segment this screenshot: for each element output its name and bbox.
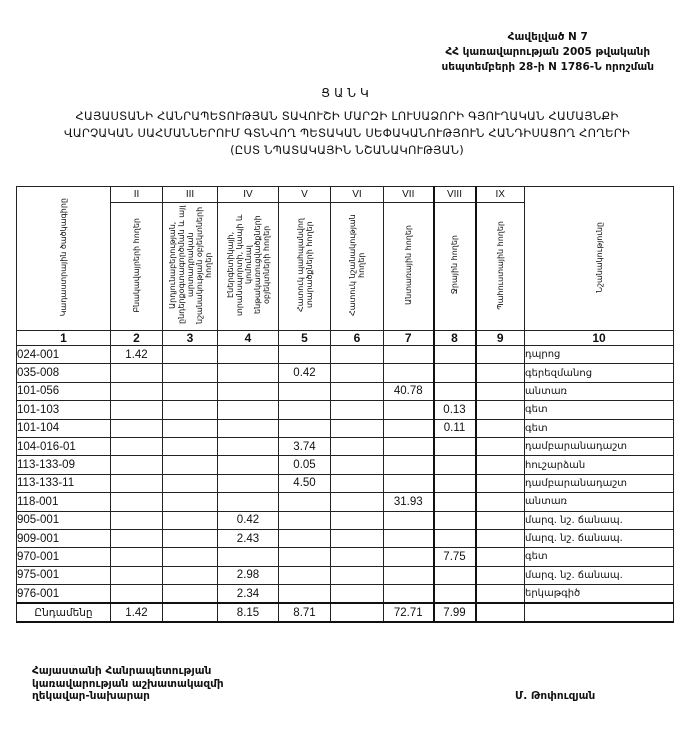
area-cell bbox=[163, 511, 218, 529]
total-row: Ընդամենը1.428.158.7172.717.99 bbox=[17, 603, 674, 622]
area-cell bbox=[384, 511, 434, 529]
area-cell bbox=[476, 548, 525, 566]
purpose-cell: անտառ bbox=[525, 382, 674, 400]
area-cell bbox=[111, 382, 163, 400]
area-cell bbox=[218, 419, 279, 437]
table-row: 905-0010.42մարզ. նշ. ճանապ. bbox=[17, 511, 674, 529]
area-cell bbox=[279, 548, 331, 566]
title-line-2: ՎԱՐՉԱԿԱՆ ՍԱՀՄԱՆՆԵՐՈՒՄ ԳՏՆՎՈՂ ՊԵՏԱԿԱՆ ՍԵՓ… bbox=[0, 125, 694, 142]
table-row: 101-05640.78անտառ bbox=[17, 382, 674, 400]
area-cell bbox=[111, 419, 163, 437]
table-row: 035-0080.42գերեզմանոց bbox=[17, 364, 674, 382]
land-table: Կադաստրային ծածկագիրը II III IV V VI VII… bbox=[16, 186, 674, 623]
total-cell: 72.71 bbox=[384, 603, 434, 622]
header-forest-lands: Անտառային հողեր bbox=[384, 203, 434, 331]
table-row: 975-0012.98մարզ. նշ. ճանապ. bbox=[17, 566, 674, 584]
area-cell bbox=[476, 529, 525, 547]
column-number: 4 bbox=[218, 331, 279, 346]
area-cell bbox=[434, 456, 476, 474]
area-cell bbox=[163, 566, 218, 584]
area-cell bbox=[331, 529, 384, 547]
area-cell bbox=[331, 346, 384, 364]
area-cell bbox=[111, 548, 163, 566]
area-cell bbox=[331, 401, 384, 419]
cadastral-code: 975-001 bbox=[17, 566, 111, 584]
area-cell bbox=[331, 456, 384, 474]
area-cell: 0.05 bbox=[279, 456, 331, 474]
area-cell bbox=[163, 548, 218, 566]
area-cell: 3.74 bbox=[279, 437, 331, 455]
cadastral-code: 970-001 bbox=[17, 548, 111, 566]
area-cell bbox=[476, 566, 525, 584]
area-cell: 40.78 bbox=[384, 382, 434, 400]
area-cell bbox=[434, 585, 476, 604]
header-infrastructure-lands: Էներգետիկայի, տրանսպորտի, կապի և կոմունա… bbox=[218, 203, 279, 331]
area-cell bbox=[331, 566, 384, 584]
title-line-3: (ԸՍՏ ՆՊԱՏԱԿԱՅԻՆ ՆՇԱՆԱԿՈՒԹՅԱՆ) bbox=[0, 142, 694, 159]
table-row: 101-1030.13գետ bbox=[17, 401, 674, 419]
total-cell bbox=[163, 603, 218, 622]
annex-reference: Հավելված N 7 ՀՀ կառավարության 2005 թվակա… bbox=[441, 30, 654, 75]
total-cell: 8.71 bbox=[279, 603, 331, 622]
area-cell bbox=[111, 401, 163, 419]
table-row: 970-0017.75գետ bbox=[17, 548, 674, 566]
area-cell bbox=[111, 474, 163, 492]
area-cell bbox=[434, 346, 476, 364]
purpose-cell: դամբարանադաշտ bbox=[525, 474, 674, 492]
column-number: 5 bbox=[279, 331, 331, 346]
purpose-cell: գետ bbox=[525, 548, 674, 566]
header-water-lands: Ջրային հողեր bbox=[434, 203, 476, 331]
area-cell bbox=[279, 585, 331, 604]
area-cell bbox=[279, 382, 331, 400]
area-cell bbox=[331, 493, 384, 511]
area-cell bbox=[476, 474, 525, 492]
signatory-title-line-1: Հայաստանի Հանրապետության bbox=[32, 665, 224, 678]
column-number: 1 bbox=[17, 331, 111, 346]
area-cell bbox=[384, 364, 434, 382]
total-purpose-cell bbox=[525, 603, 674, 622]
area-cell bbox=[218, 548, 279, 566]
cadastral-code: 905-001 bbox=[17, 511, 111, 529]
area-cell: 1.42 bbox=[111, 346, 163, 364]
purpose-cell: անտառ bbox=[525, 493, 674, 511]
area-cell: 4.50 bbox=[279, 474, 331, 492]
area-cell bbox=[163, 346, 218, 364]
area-cell: 2.34 bbox=[218, 585, 279, 604]
purpose-cell: հուշարձան bbox=[525, 456, 674, 474]
table-row: 024-0011.42դպրոց bbox=[17, 346, 674, 364]
total-cell bbox=[331, 603, 384, 622]
header-settlement-lands: Բնակավայրերի հողեր bbox=[111, 203, 163, 331]
area-cell bbox=[434, 511, 476, 529]
area-cell bbox=[331, 474, 384, 492]
area-cell bbox=[218, 401, 279, 419]
area-cell bbox=[279, 493, 331, 511]
area-cell bbox=[384, 529, 434, 547]
area-cell: 2.98 bbox=[218, 566, 279, 584]
area-cell bbox=[218, 364, 279, 382]
area-cell bbox=[218, 493, 279, 511]
annex-number: Հավելված N 7 bbox=[441, 30, 654, 45]
area-cell bbox=[476, 346, 525, 364]
area-cell bbox=[111, 585, 163, 604]
purpose-cell: գետ bbox=[525, 419, 674, 437]
area-cell bbox=[111, 493, 163, 511]
header-roman-7: VII bbox=[384, 187, 434, 203]
column-number: 3 bbox=[163, 331, 218, 346]
cadastral-code: 035-008 bbox=[17, 364, 111, 382]
annex-decision-line: ՀՀ կառավարության 2005 թվականի bbox=[441, 45, 654, 60]
area-cell bbox=[163, 529, 218, 547]
total-label: Ընդամենը bbox=[17, 603, 111, 622]
area-cell bbox=[279, 511, 331, 529]
area-cell bbox=[331, 437, 384, 455]
header-cadastral-code: Կադաստրային ծածկագիրը bbox=[17, 187, 111, 331]
header-purpose: Նշանակությունը bbox=[525, 187, 674, 331]
area-cell bbox=[384, 419, 434, 437]
table-row: 101-1040.11գետ bbox=[17, 419, 674, 437]
purpose-cell: մարզ. նշ. ճանապ. bbox=[525, 566, 674, 584]
column-number: 2 bbox=[111, 331, 163, 346]
area-cell bbox=[476, 493, 525, 511]
purpose-cell: դամբարանադաշտ bbox=[525, 437, 674, 455]
area-cell bbox=[279, 346, 331, 364]
area-cell bbox=[476, 364, 525, 382]
column-number: 10 bbox=[525, 331, 674, 346]
area-cell: 0.42 bbox=[279, 364, 331, 382]
table-row: 113-133-090.05հուշարձան bbox=[17, 456, 674, 474]
purpose-cell: երկաթգիծ bbox=[525, 585, 674, 604]
annex-decision-date: սեպտեմբերի 28-ի N 1786-Ն որոշման bbox=[441, 60, 654, 75]
purpose-cell: մարզ. նշ. ճանապ. bbox=[525, 529, 674, 547]
area-cell bbox=[476, 382, 525, 400]
area-cell bbox=[279, 566, 331, 584]
area-cell bbox=[218, 474, 279, 492]
total-cell: 7.99 bbox=[434, 603, 476, 622]
area-cell bbox=[434, 566, 476, 584]
cadastral-code: 101-056 bbox=[17, 382, 111, 400]
area-cell bbox=[218, 456, 279, 474]
area-cell: 31.93 bbox=[384, 493, 434, 511]
area-cell bbox=[163, 493, 218, 511]
table-row: 976-0012.34երկաթգիծ bbox=[17, 585, 674, 604]
area-cell bbox=[434, 474, 476, 492]
area-cell bbox=[331, 511, 384, 529]
total-cell bbox=[476, 603, 525, 622]
area-cell bbox=[384, 474, 434, 492]
area-cell bbox=[331, 585, 384, 604]
cadastral-code: 101-103 bbox=[17, 401, 111, 419]
header-roman-3: III bbox=[163, 187, 218, 203]
area-cell bbox=[111, 511, 163, 529]
area-cell bbox=[434, 493, 476, 511]
area-cell bbox=[434, 364, 476, 382]
document-title: ՑԱՆԿ ՀԱՅԱՍՏԱՆԻ ՀԱՆՐԱՊԵՏՈՒԹՅԱՆ ՏԱՎՈՒՇԻ ՄԱ… bbox=[0, 86, 694, 159]
area-cell bbox=[163, 437, 218, 455]
column-number: 7 bbox=[384, 331, 434, 346]
cadastral-code: 976-001 bbox=[17, 585, 111, 604]
signatory-name: Մ. Թոփուզյան bbox=[515, 690, 595, 702]
area-cell bbox=[384, 548, 434, 566]
area-cell bbox=[163, 456, 218, 474]
column-number: 8 bbox=[434, 331, 476, 346]
area-cell bbox=[476, 585, 525, 604]
cadastral-code: 024-001 bbox=[17, 346, 111, 364]
area-cell bbox=[111, 437, 163, 455]
area-cell bbox=[163, 585, 218, 604]
area-cell bbox=[384, 456, 434, 474]
area-cell bbox=[434, 382, 476, 400]
purpose-cell: գետ bbox=[525, 401, 674, 419]
area-cell bbox=[279, 401, 331, 419]
area-cell bbox=[476, 401, 525, 419]
column-number-row: 1 2 3 4 5 6 7 8 9 10 bbox=[17, 331, 674, 346]
column-number: 6 bbox=[331, 331, 384, 346]
area-cell bbox=[434, 437, 476, 455]
table-body: 024-0011.42դպրոց035-0080.42գերեզմանոց101… bbox=[17, 346, 674, 623]
header-roman-9: IX bbox=[476, 187, 525, 203]
area-cell bbox=[331, 364, 384, 382]
table-row: 104-016-013.74դամբարանադաշտ bbox=[17, 437, 674, 455]
total-cell: 1.42 bbox=[111, 603, 163, 622]
header-protected-lands: Հատուկ պահպանվող տարածքների հողեր bbox=[279, 203, 331, 331]
cadastral-code: 118-001 bbox=[17, 493, 111, 511]
area-cell: 0.42 bbox=[218, 511, 279, 529]
header-roman-5: V bbox=[279, 187, 331, 203]
header-reserve-lands: Պահուստային հողեր bbox=[476, 203, 525, 331]
header-roman-4: IV bbox=[218, 187, 279, 203]
signatory-title-line-2: կառավարության աշխատակազմի bbox=[32, 678, 224, 691]
area-cell: 0.13 bbox=[434, 401, 476, 419]
area-cell: 7.75 bbox=[434, 548, 476, 566]
area-cell bbox=[163, 382, 218, 400]
area-cell bbox=[218, 437, 279, 455]
signatory-title-line-3: ղեկավար-նախարար bbox=[32, 690, 224, 703]
area-cell bbox=[476, 437, 525, 455]
area-cell bbox=[476, 456, 525, 474]
header-special-lands: Հատուկ նշանակության հողեր bbox=[331, 203, 384, 331]
header-roman-6: VI bbox=[331, 187, 384, 203]
purpose-cell: մարզ. նշ. ճանապ. bbox=[525, 511, 674, 529]
area-cell bbox=[331, 419, 384, 437]
total-cell: 8.15 bbox=[218, 603, 279, 622]
header-industrial-lands: Արդյունաբերության, ընդերքօգտագործման և ա… bbox=[163, 203, 218, 331]
column-number: 9 bbox=[476, 331, 525, 346]
area-cell bbox=[331, 382, 384, 400]
area-cell bbox=[384, 566, 434, 584]
cadastral-code: 101-104 bbox=[17, 419, 111, 437]
area-cell bbox=[163, 419, 218, 437]
cadastral-code: 104-016-01 bbox=[17, 437, 111, 455]
area-cell bbox=[279, 529, 331, 547]
area-cell bbox=[279, 419, 331, 437]
area-cell bbox=[163, 401, 218, 419]
area-cell bbox=[218, 382, 279, 400]
area-cell: 2.43 bbox=[218, 529, 279, 547]
area-cell bbox=[111, 456, 163, 474]
purpose-cell: գերեզմանոց bbox=[525, 364, 674, 382]
cadastral-code: 909-001 bbox=[17, 529, 111, 547]
purpose-cell: դպրոց bbox=[525, 346, 674, 364]
cadastral-code: 113-133-11 bbox=[17, 474, 111, 492]
area-cell bbox=[384, 401, 434, 419]
area-cell bbox=[163, 474, 218, 492]
cadastral-code: 113-133-09 bbox=[17, 456, 111, 474]
table-row: 909-0012.43մարզ. նշ. ճանապ. bbox=[17, 529, 674, 547]
area-cell bbox=[384, 585, 434, 604]
area-cell bbox=[384, 437, 434, 455]
area-cell bbox=[111, 566, 163, 584]
table-row: 118-00131.93անտառ bbox=[17, 493, 674, 511]
area-cell bbox=[434, 529, 476, 547]
area-cell bbox=[218, 346, 279, 364]
area-cell bbox=[476, 419, 525, 437]
table-row: 113-133-114.50դամբարանադաշտ bbox=[17, 474, 674, 492]
area-cell bbox=[384, 346, 434, 364]
area-cell bbox=[111, 529, 163, 547]
signatory-title: Հայաստանի Հանրապետության կառավարության ա… bbox=[32, 665, 224, 703]
area-cell bbox=[331, 548, 384, 566]
area-cell bbox=[163, 364, 218, 382]
area-cell: 0.11 bbox=[434, 419, 476, 437]
title-word: ՑԱՆԿ bbox=[0, 86, 694, 100]
area-cell bbox=[111, 364, 163, 382]
header-roman-8: VIII bbox=[434, 187, 476, 203]
header-roman-2: II bbox=[111, 187, 163, 203]
title-line-1: ՀԱՅԱՍՏԱՆԻ ՀԱՆՐԱՊԵՏՈՒԹՅԱՆ ՏԱՎՈՒՇԻ ՄԱՐԶԻ Լ… bbox=[0, 108, 694, 125]
area-cell bbox=[476, 511, 525, 529]
